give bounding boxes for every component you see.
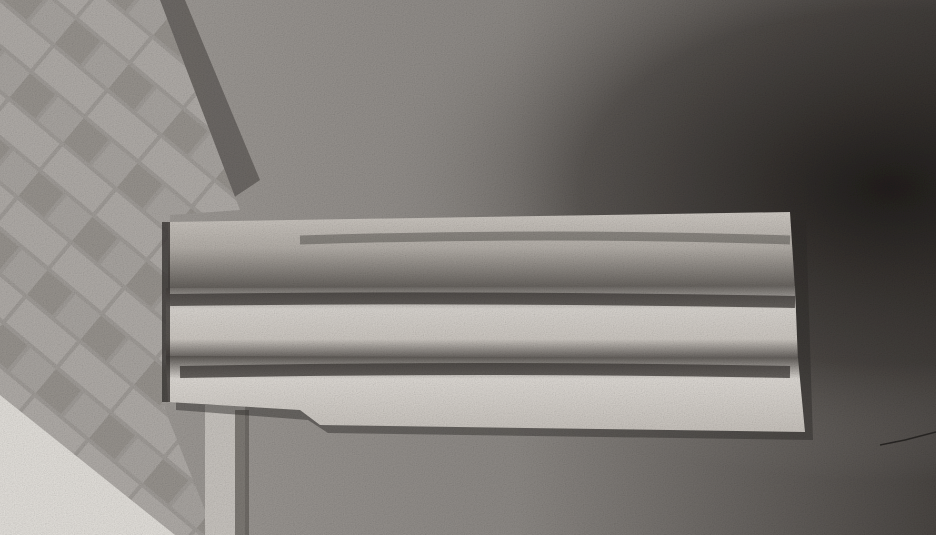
stone-fragment-photo xyxy=(0,0,936,535)
fragment-rib-top xyxy=(168,212,795,292)
groove-lower xyxy=(180,369,790,372)
groove-upper xyxy=(170,298,795,302)
photo-scene: Grayscale halftone photograph of a flute… xyxy=(0,0,936,535)
